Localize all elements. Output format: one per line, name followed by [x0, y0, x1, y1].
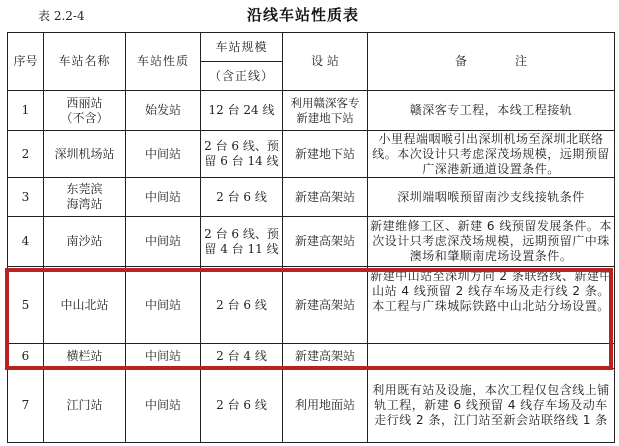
cell-remark: [368, 344, 615, 369]
cell-nature: 中间站: [126, 267, 201, 344]
table-row: 2 深圳机场站 中间站 2 台 6 线、预 留 6 台 14 线 新建地下站 小…: [8, 131, 615, 178]
table-row: 7 江门站 中间站 2 台 6 线 利用地面站 利用既有站及设施，本次工程仅包含…: [8, 369, 615, 443]
cell-seq: 1: [8, 91, 44, 131]
cell-setup: 利用地面站: [283, 369, 368, 443]
header-scale: 车站规模: [201, 33, 283, 62]
table-title: 沿线车站性质表: [247, 4, 359, 25]
cell-nature: 中间站: [126, 344, 201, 369]
header-seq: 序号: [8, 33, 44, 91]
cell-seq: 7: [8, 369, 44, 443]
cell-seq: 3: [8, 178, 44, 217]
table-row: 3 东莞滨 海湾站 中间站 2 台 6 线 新建高架站 深圳端咽喉预留南沙支线接…: [8, 178, 615, 217]
cell-nature: 中间站: [126, 369, 201, 443]
header-setup: 设 站: [283, 33, 368, 91]
cell-name: 西丽站 （不含）: [44, 91, 126, 131]
cell-setup: 新建高架站: [283, 217, 368, 267]
cell-remark: 新建维修工区、新建 6 线预留发展条件。本次设计只考虑深茂场规模，远期预留广中珠…: [368, 217, 615, 267]
cell-scale: 2 台 4 线: [201, 344, 283, 369]
cell-seq: 4: [8, 217, 44, 267]
table-row: 1 西丽站 （不含） 始发站 12 台 24 线 利用赣深客专 新建地下站 赣深…: [8, 91, 615, 131]
header-name: 车站名称: [44, 33, 126, 91]
cell-name: 南沙站: [44, 217, 126, 267]
cell-nature: 中间站: [126, 217, 201, 267]
cell-scale: 2 台 6 线: [201, 267, 283, 344]
table-row: 4 南沙站 中间站 2 台 6 线、预 留 4 台 11 线 新建高架站 新建维…: [8, 217, 615, 267]
cell-name: 江门站: [44, 369, 126, 443]
cell-setup: 新建高架站: [283, 267, 368, 344]
cell-remark: 赣深客专工程，本线工程接轨: [368, 91, 615, 131]
cell-name: 东莞滨 海湾站: [44, 178, 126, 217]
cell-name: 中山北站: [44, 267, 126, 344]
cell-scale: 2 台 6 线、预 留 6 台 14 线: [201, 131, 283, 178]
cell-seq: 2: [8, 131, 44, 178]
cell-setup: 新建地下站: [283, 131, 368, 178]
table-caption: 表 2.2-4: [38, 7, 85, 24]
cell-name: 深圳机场站: [44, 131, 126, 178]
cell-setup: 新建高架站: [283, 178, 368, 217]
table-row: 5 中山北站 中间站 2 台 6 线 新建高架站 新建中山站至深圳方向 2 条联…: [8, 267, 615, 344]
cell-seq: 6: [8, 344, 44, 369]
cell-setup: 利用赣深客专 新建地下站: [283, 91, 368, 131]
cell-seq: 5: [8, 267, 44, 344]
header-nature: 车站性质: [126, 33, 201, 91]
cell-remark: 新建中山站至深圳方向 2 条联络线、新建中山站 4 线预留 2 线存车场及走行线…: [368, 267, 615, 344]
cell-scale: 12 台 24 线: [201, 91, 283, 131]
header-remark: 备 注: [368, 33, 615, 91]
cell-nature: 始发站: [126, 91, 201, 131]
cell-scale: 2 台 6 线: [201, 369, 283, 443]
cell-setup: 新建高架站: [283, 344, 368, 369]
cell-nature: 中间站: [126, 178, 201, 217]
cell-name: 横栏站: [44, 344, 126, 369]
cell-scale: 2 台 6 线、预 留 4 台 11 线: [201, 217, 283, 267]
header-scale-sub: （含正线）: [201, 62, 283, 91]
table-row: 6 横栏站 中间站 2 台 4 线 新建高架站: [8, 344, 615, 369]
cell-remark: 小里程端咽喉引出深圳机场至深圳北联络线。本次设计只考虑深茂场规模，远期预留广深港…: [368, 131, 615, 178]
station-nature-table: 序号 车站名称 车站性质 车站规模 设 站 备 注 （含正线） 1 西丽站 （不…: [7, 32, 615, 443]
cell-remark: 深圳端咽喉预留南沙支线接轨条件: [368, 178, 615, 217]
cell-remark: 利用既有站及设施，本次工程仅包含线上铺轨工程，新建 6 线预留 4 线存车场及动…: [368, 369, 615, 443]
cell-nature: 中间站: [126, 131, 201, 178]
cell-scale: 2 台 6 线: [201, 178, 283, 217]
